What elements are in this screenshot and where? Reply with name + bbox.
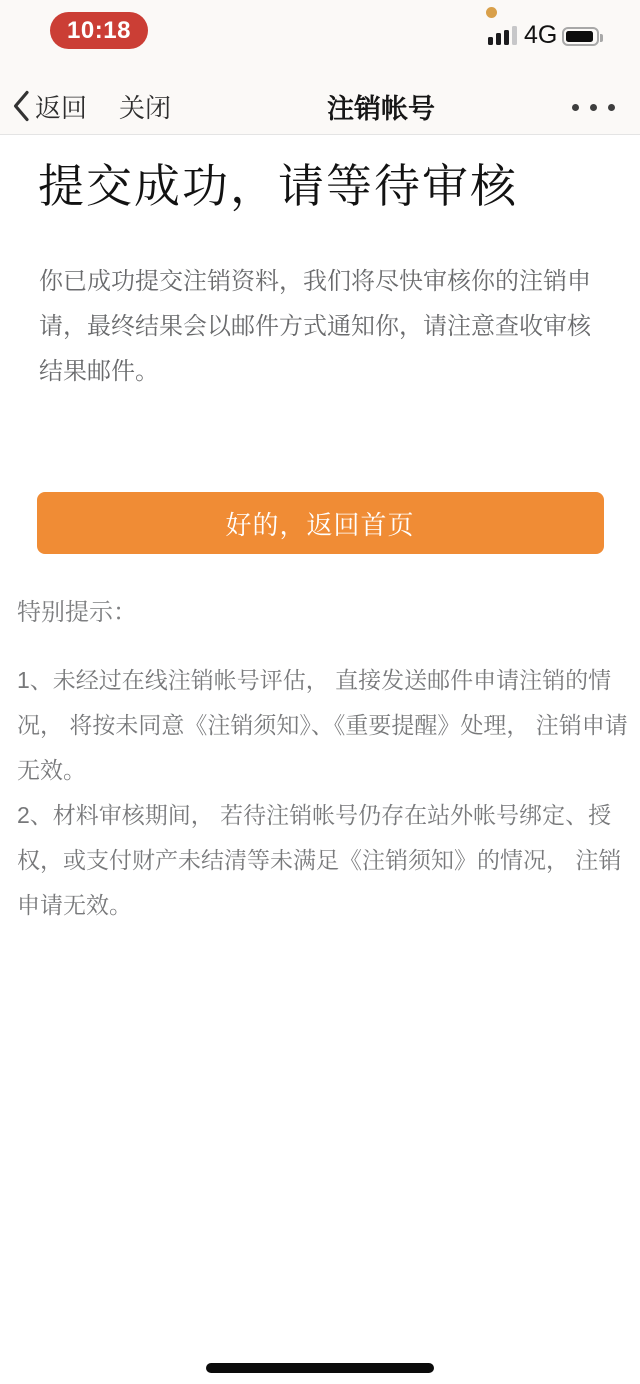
result-heading: 提交成功，请等待审核	[38, 158, 604, 215]
cellular-signal-icon	[488, 26, 517, 45]
time-badge[interactable]: 10:18	[50, 12, 148, 49]
note-item-2: 2、材料审核期间， 若待注销帐号仍存在站外帐号绑定、授权，或支付财产未结清等未满…	[17, 793, 630, 928]
result-description: 你已成功提交注销资料，我们将尽快审核你的注销申请，最终结果会以邮件方式通知你，请…	[39, 259, 602, 394]
close-button[interactable]: 关闭	[119, 78, 171, 134]
network-type-label: 4G	[524, 21, 557, 50]
return-home-button[interactable]: 好的，返回首页	[37, 492, 604, 554]
battery-fill	[566, 31, 593, 42]
chevron-left-icon	[12, 90, 30, 122]
ellipsis-icon	[608, 104, 615, 111]
back-button-label: 返回	[35, 88, 87, 125]
main-content: 提交成功，请等待审核 你已成功提交注销资料，我们将尽快审核你的注销申请，最终结果…	[0, 135, 640, 928]
note-item-1: 1、未经过在线注销帐号评估， 直接发送邮件申请注销的情况， 将按未同意《注销须知…	[17, 658, 630, 793]
page-title: 注销帐号	[327, 78, 435, 134]
home-indicator[interactable]	[206, 1363, 434, 1373]
notes-title: 特别提示：	[17, 598, 630, 628]
ellipsis-icon	[590, 104, 597, 111]
phone-screen: 10:18 4G 返回 关闭 注销帐号	[0, 0, 640, 1384]
status-and-nav-bar: 10:18 4G 返回 关闭 注销帐号	[0, 0, 640, 135]
battery-nub	[600, 34, 603, 42]
special-notes-section: 特别提示： 1、未经过在线注销帐号评估， 直接发送邮件申请注销的情况， 将按未同…	[17, 598, 630, 928]
ellipsis-icon	[572, 104, 579, 111]
more-menu-button[interactable]	[570, 94, 617, 120]
recording-indicator-dot	[486, 7, 497, 18]
battery-icon	[562, 27, 599, 46]
status-bar: 10:18 4G	[0, 0, 640, 78]
nav-bar: 返回 关闭 注销帐号	[0, 78, 640, 134]
back-button[interactable]: 返回	[12, 78, 87, 134]
